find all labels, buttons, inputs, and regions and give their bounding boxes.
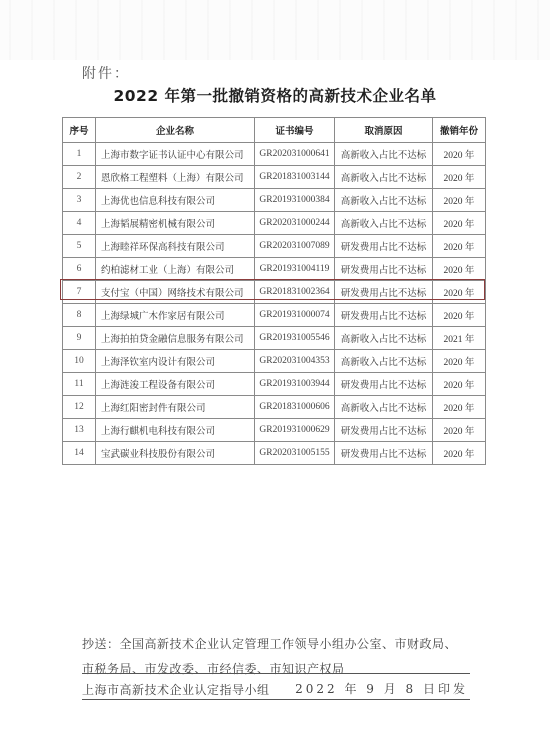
table-row: 14宝武碳业科技股份有限公司GR202031005155研发费用占比不达标202… [63,442,486,465]
row-seq: 3 [63,189,96,212]
row-cert-number: GR201931000629 [255,419,335,442]
table-row: 6约柏滤材工业（上海）有限公司GR201931004119研发费用占比不达标20… [63,258,486,281]
row-revoke-year: 2020 年 [433,189,486,212]
table-row: 11上海涟浚工程设备有限公司GR201931003944研发费用占比不达标202… [63,373,486,396]
row-revoke-year: 2020 年 [433,143,486,166]
row-cert-number: GR201931000384 [255,189,335,212]
row-reason: 研发费用占比不达标 [335,373,433,396]
table-row: 1上海市数字证书认证中心有限公司GR202031000641高新收入占比不达标2… [63,143,486,166]
issuer: 上海市高新技术企业认定指导小组 [82,681,270,698]
table-row: 7支付宝（中国）网络技术有限公司GR201831002364研发费用占比不达标2… [63,281,486,304]
row-company-name: 上海市数字证书认证中心有限公司 [96,143,255,166]
row-seq: 4 [63,212,96,235]
table-row: 2恩欣格工程塑料（上海）有限公司GR201831003144高新收入占比不达标2… [63,166,486,189]
row-company-name: 上海睦祥环保高科技有限公司 [96,235,255,258]
row-reason: 研发费用占比不达标 [335,304,433,327]
row-company-name: 约柏滤材工业（上海）有限公司 [96,258,255,281]
row-reason: 研发费用占比不达标 [335,235,433,258]
divider-line-bottom [82,699,470,700]
row-seq: 13 [63,419,96,442]
row-reason: 高新收入占比不达标 [335,396,433,419]
divider-line-top [82,673,470,674]
table-row: 10上海泽钦室内设计有限公司GR202031004353高新收入占比不达标202… [63,350,486,373]
table-row: 13上海行麒机电科技有限公司GR201931000629研发费用占比不达标202… [63,419,486,442]
row-cert-number: GR201831003144 [255,166,335,189]
row-company-name: 上海泽钦室内设计有限公司 [96,350,255,373]
row-cert-number: GR201931005546 [255,327,335,350]
row-reason: 研发费用占比不达标 [335,281,433,304]
row-seq: 1 [63,143,96,166]
table-row: 9上海拍拍贷金融信息服务有限公司GR201931005546高新收入占比不达标2… [63,327,486,350]
row-cert-number: GR202031004353 [255,350,335,373]
row-company-name: 上海绿城广木作家居有限公司 [96,304,255,327]
cc-block: 抄送：全国高新技术企业认定管理工作领导小组办公室、市财政局、 市税务局、市发改委… [82,632,482,682]
row-revoke-year: 2020 年 [433,281,486,304]
row-revoke-year: 2020 年 [433,166,486,189]
row-cert-number: GR202031005155 [255,442,335,465]
row-revoke-year: 2020 年 [433,304,486,327]
row-cert-number: GR201831002364 [255,281,335,304]
row-seq: 5 [63,235,96,258]
row-company-name: 上海韬展精密机械有限公司 [96,212,255,235]
row-cert-number: GR202031000641 [255,143,335,166]
row-seq: 10 [63,350,96,373]
table-row: 12上海红阳密封件有限公司GR201831000606高新收入占比不达标2020… [63,396,486,419]
row-company-name: 支付宝（中国）网络技术有限公司 [96,281,255,304]
row-seq: 6 [63,258,96,281]
row-seq: 9 [63,327,96,350]
table-row: 3上海优也信息科技有限公司GR201931000384高新收入占比不达标2020… [63,189,486,212]
header-year: 撤销年份 [433,118,486,143]
row-company-name: 宝武碳业科技股份有限公司 [96,442,255,465]
header-cert: 证书编号 [255,118,335,143]
row-cert-number: GR202031007089 [255,235,335,258]
row-company-name: 上海拍拍贷金融信息服务有限公司 [96,327,255,350]
row-seq: 14 [63,442,96,465]
header-name: 企业名称 [96,118,255,143]
row-reason: 研发费用占比不达标 [335,442,433,465]
row-reason: 高新收入占比不达标 [335,143,433,166]
row-reason: 高新收入占比不达标 [335,350,433,373]
row-cert-number: GR201831000606 [255,396,335,419]
header-seq: 序号 [63,118,96,143]
row-revoke-year: 2020 年 [433,258,486,281]
row-revoke-year: 2020 年 [433,396,486,419]
row-reason: 高新收入占比不达标 [335,189,433,212]
row-reason: 高新收入占比不达标 [335,327,433,350]
row-cert-number: GR201931000074 [255,304,335,327]
row-revoke-year: 2020 年 [433,373,486,396]
row-company-name: 上海优也信息科技有限公司 [96,189,255,212]
cc-line-2: 市税务局、市发改委、市经信委、市知识产权局 [82,657,482,682]
row-reason: 研发费用占比不达标 [335,419,433,442]
row-company-name: 上海红阳密封件有限公司 [96,396,255,419]
row-seq: 12 [63,396,96,419]
document-title: 2022 年第一批撤销资格的高新技术企业名单 [0,84,550,106]
table-row: 5上海睦祥环保高科技有限公司GR202031007089研发费用占比不达标202… [63,235,486,258]
row-seq: 11 [63,373,96,396]
row-reason: 高新收入占比不达标 [335,166,433,189]
revoked-enterprises-table: 序号 企业名称 证书编号 取消原因 撤销年份 1上海市数字证书认证中心有限公司G… [62,117,486,465]
table-row: 4上海韬展精密机械有限公司GR202031000244高新收入占比不达标2020… [63,212,486,235]
row-cert-number: GR202031000244 [255,212,335,235]
row-company-name: 上海涟浚工程设备有限公司 [96,373,255,396]
row-seq: 8 [63,304,96,327]
row-revoke-year: 2020 年 [433,350,486,373]
row-revoke-year: 2020 年 [433,235,486,258]
row-cert-number: GR201931004119 [255,258,335,281]
row-reason: 研发费用占比不达标 [335,258,433,281]
row-cert-number: GR201931003944 [255,373,335,396]
row-seq: 2 [63,166,96,189]
row-seq: 7 [63,281,96,304]
row-company-name: 上海行麒机电科技有限公司 [96,419,255,442]
row-reason: 高新收入占比不达标 [335,212,433,235]
cc-line-1: 抄送：全国高新技术企业认定管理工作领导小组办公室、市财政局、 [82,632,482,657]
row-revoke-year: 2020 年 [433,419,486,442]
table-header-row: 序号 企业名称 证书编号 取消原因 撤销年份 [63,118,486,143]
issue-date: 2022 年 9 月 8 日印发 [295,680,468,697]
row-revoke-year: 2021 年 [433,327,486,350]
attachment-label: 附件： [82,63,130,83]
row-company-name: 恩欣格工程塑料（上海）有限公司 [96,166,255,189]
header-reason: 取消原因 [335,118,433,143]
table-row: 8上海绿城广木作家居有限公司GR201931000074研发费用占比不达标202… [63,304,486,327]
bleed-through-texture [0,0,550,60]
row-revoke-year: 2020 年 [433,212,486,235]
row-revoke-year: 2020 年 [433,442,486,465]
